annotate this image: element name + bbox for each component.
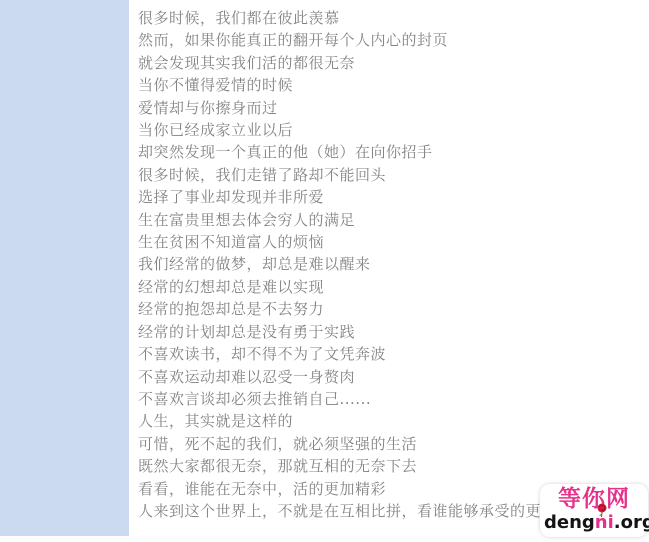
text-line: 很多时候，我们走错了路却不能回头 <box>138 164 643 186</box>
text-line: 不喜欢读书，却不得不为了文凭奔波 <box>138 343 643 365</box>
site-name: 等你网 <box>544 487 644 512</box>
text-line: 当你已经成家立业以后 <box>138 119 643 141</box>
text-line: 很多时候，我们都在彼此羡慕 <box>138 7 643 29</box>
text-line: 却突然发现一个真正的他（她）在向你招手 <box>138 141 643 163</box>
site-watermark: 等你网 dengni.org <box>540 484 648 537</box>
site-url-highlight: ni <box>595 512 614 533</box>
site-url-prefix: deng <box>544 512 595 533</box>
poem-text: 很多时候，我们都在彼此羡慕 然而，如果你能真正的翻开每个人内心的封页 就会发现其… <box>138 7 643 522</box>
text-line: 然而，如果你能真正的翻开每个人内心的封页 <box>138 29 643 51</box>
site-url-suffix: .org <box>614 512 649 533</box>
left-sidebar <box>0 0 129 536</box>
text-line: 不喜欢言谈却必须去推销自己...... <box>138 388 643 410</box>
text-line: 生在富贵里想去体会穷人的满足 <box>138 209 643 231</box>
text-line: 生在贫困不知道富人的烦恼 <box>138 231 643 253</box>
text-line: 经常的抱怨却总是不去努力 <box>138 298 643 320</box>
text-line: 我们经常的做梦，却总是难以醒来 <box>138 253 643 275</box>
text-line: 既然大家都很无奈，那就互相的无奈下去 <box>138 455 643 477</box>
text-line: 可惜，死不起的我们，就必须坚强的生活 <box>138 433 643 455</box>
site-url: dengni.org <box>544 512 644 533</box>
text-line: 不喜欢运动却难以忍受一身赘肉 <box>138 366 643 388</box>
text-line: 经常的计划却总是没有勇于实践 <box>138 321 643 343</box>
text-line: 就会发现其实我们活的都很无奈 <box>138 52 643 74</box>
page: 很多时候，我们都在彼此羡慕 然而，如果你能真正的翻开每个人内心的封页 就会发现其… <box>0 0 649 542</box>
text-line: 选择了事业却发现并非所爱 <box>138 186 643 208</box>
text-line: 爱情却与你擦身而过 <box>138 97 643 119</box>
text-line: 人生，其实就是这样的 <box>138 410 643 432</box>
text-line: 经常的幻想却总是难以实现 <box>138 276 643 298</box>
text-line: 当你不懂得爱情的时候 <box>138 74 643 96</box>
